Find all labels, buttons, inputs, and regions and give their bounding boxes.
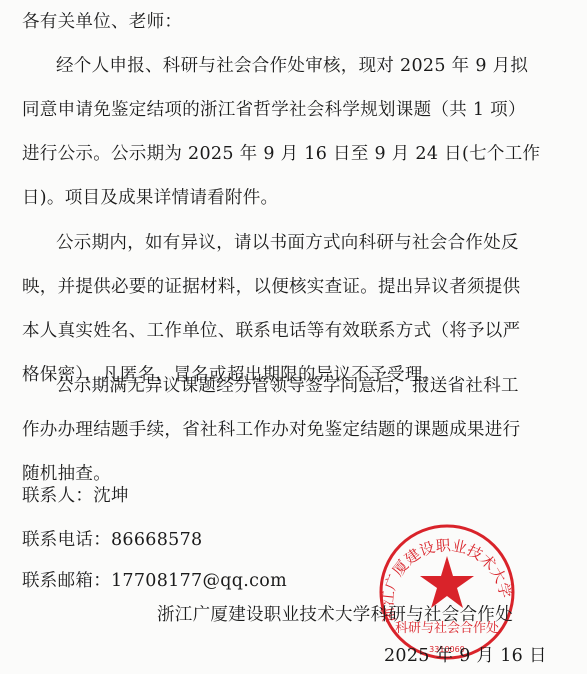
para2-line1: 公示期内，如有异议，请以书面方式向科研与社会合作处反 — [56, 229, 519, 254]
para3-line2: 作办办理结题手续，省社科工作办对免鉴定结题的课题成果进行 — [22, 416, 520, 441]
contact-email[interactable]: 联系邮箱：17708177@qq.com — [22, 567, 287, 592]
para3-line1: 公示期满无异议课题经分管领导签字同意后，报送省社科工 — [56, 372, 519, 397]
signature-organization: 浙江广厦建设职业技术大学科研与社会合作处 — [157, 601, 513, 626]
salutation: 各有关单位、老师： — [22, 8, 182, 33]
contact-phone: 联系电话：86668578 — [22, 526, 202, 551]
para1-line3: 进行公示。公示期为 2025 年 9 月 16 日至 9 月 24 日(七个工作 — [22, 140, 540, 165]
signature-date: 2025 年 9 月 16 日 — [384, 642, 547, 667]
contact-person: 联系人：沈坤 — [22, 482, 129, 507]
para1-line4: 日)。项目及成果详情请看附件。 — [22, 184, 278, 209]
document-page: 各有关单位、老师： 经个人申报、科研与社会合作处审核，现对 2025 年 9 月… — [0, 0, 587, 674]
para1-line2: 同意申请免鉴定结项的浙江省哲学社会科学规划课题（共 1 项） — [22, 96, 526, 121]
para2-line3: 本人真实姓名、工作单位、联系电话等有效联系方式（将予以严 — [22, 317, 520, 342]
para2-line2: 映，并提供必要的证据材料，以便核实查证。提出异议者须提供 — [22, 273, 520, 298]
para1-line1: 经个人申报、科研与社会合作处审核，现对 2025 年 9 月拟 — [56, 52, 528, 77]
